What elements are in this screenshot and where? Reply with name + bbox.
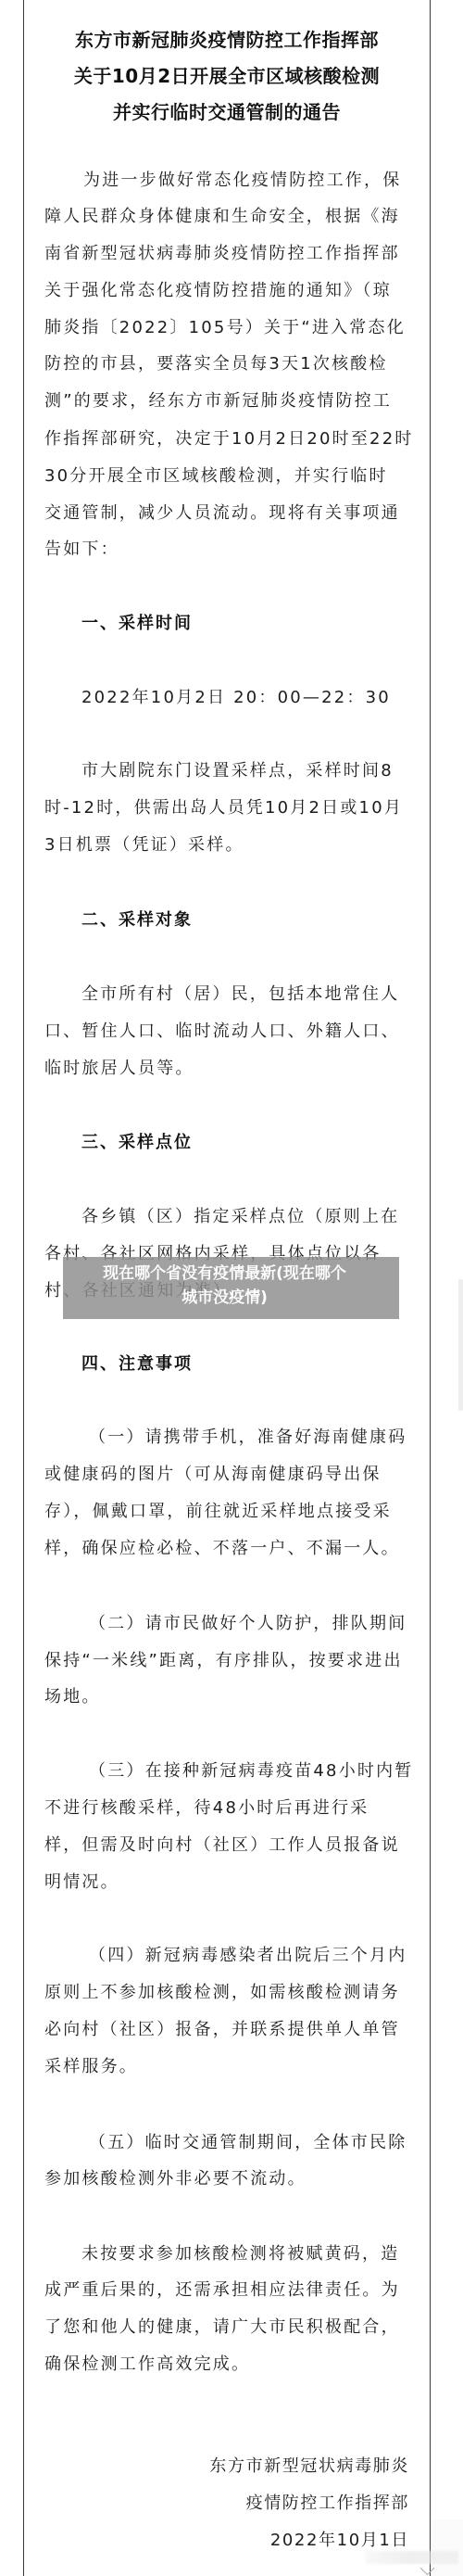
title-line: 关于10月2日开展全市区域核酸检测 — [24, 57, 430, 94]
closing-line: 成严重后果的，还需承担相应法律责任。为 — [44, 2272, 409, 2309]
section-line: 采样服务。 — [44, 2049, 409, 2086]
intro-line: 交通管制，减少人员流动。现将有关事项通 — [44, 495, 409, 532]
section-line: 临时旅居人员等。 — [44, 1050, 409, 1087]
intro-line: 告如下： — [44, 531, 409, 568]
section-heading-notes: 四、注意事项 — [81, 1346, 193, 1383]
right-gutter-bottom — [432, 2519, 463, 2576]
title-line: 东方市新冠肺炎疫情防控工作指挥部 — [24, 21, 430, 57]
section-line: 或健康码的图片（可从海南健康码导出保 — [44, 1456, 409, 1493]
section-line: 场地。 — [44, 1679, 409, 1716]
section-line: 参加核酸检测外非必要不流动。 — [44, 2161, 409, 2198]
note-item-3: （三）在接种新冠病毒疫苗48小时内暂 — [44, 1753, 409, 1790]
section-heading-sampling-time: 一、采样时间 — [81, 605, 193, 642]
intro-line: 肺炎指〔2022〕105号）关于“进入常态化 — [44, 310, 409, 347]
intro-line: 关于强化常态化疫情防控措施的通知》（琼 — [44, 273, 409, 310]
section-line: 各乡镇（区）指定采样点位（原则上在 — [44, 1199, 409, 1236]
section-heading-sampling-sites: 三、采样点位 — [81, 1124, 193, 1161]
section-line: 保持“一米线”距离，有序排队，按要求进出 — [44, 1643, 409, 1680]
title-line: 并实行临时交通管制的通告 — [24, 94, 430, 130]
closing-line: 未按要求参加核酸检测将被赋黄码，造 — [44, 2236, 409, 2273]
intro-line: 作指挥部研究，决定于10月2日20时至22时 — [44, 421, 409, 458]
sampling-time-value: 2022年10月2日 20：00—22：30 — [44, 679, 409, 717]
page-border-right — [430, 0, 431, 2576]
right-gutter-top — [432, 0, 463, 1279]
intro-line: 障人民群众身体健康和生命安全，根据《海 — [44, 198, 409, 235]
note-item-5: （五）临时交通管制期间，全体市民除 — [44, 2125, 409, 2162]
section-line: 存），佩戴口罩，前往就近采样地点接受采 — [44, 1493, 409, 1530]
note-item-2: （二）请市民做好个人防护，排队期间 — [44, 1605, 409, 1643]
caption-overlay[interactable]: 现在哪个省没有疫情最新(现在哪个 城市没疫情) — [63, 1257, 399, 1319]
section-line: 时-12时，供需出岛人员凭10月2日或10月 — [44, 790, 409, 827]
signature-date: 2022年10月1日 — [44, 2522, 409, 2559]
signature-org-line2: 疫情防控工作指挥部 — [44, 2485, 409, 2522]
section-line: 全市所有村（居）民，包括本地常住人 — [44, 976, 409, 1013]
signature-org-line1: 东方市新型冠状病毒肺炎 — [44, 2448, 409, 2485]
page-border-left — [23, 0, 24, 2576]
notice-title: 东方市新冠肺炎疫情防控工作指挥部 关于10月2日开展全市区域核酸检测 并实行临时… — [24, 21, 430, 130]
section-line: 样，确保应检必检、不落一户、不漏一人。 — [44, 1530, 409, 1567]
caption-line: 现在哪个省没有疫情最新(现在哪个 — [70, 1262, 379, 1286]
section-line: 3日机票（凭证）采样。 — [44, 827, 409, 864]
note-item-1: （一）请携带手机，准备好海南健康码 — [44, 1419, 409, 1456]
intro-line: 30分开展全市区域核酸检测，并实行临时 — [44, 458, 409, 495]
intro-line: 南省新型冠状病毒肺炎疫情防控工作指挥部 — [44, 235, 409, 273]
intro-line: 防控的市县，要落实全员每3天1次核酸检 — [44, 346, 409, 383]
closing-line: 了您和他人的健康，请广大市民积极配合， — [44, 2309, 409, 2346]
watermark — [366, 2551, 458, 2564]
intro-line: 为进一步做好常态化疫情防控工作，保 — [44, 162, 409, 199]
section-line: 明情况。 — [44, 1864, 409, 1901]
section-heading-sampling-targets: 二、采样对象 — [81, 902, 193, 939]
section-line: 原则上不参加核酸检测，如需核酸检测请务 — [44, 1974, 409, 2011]
section-line: 必向村（社区）报备，并联系提供单人单管 — [44, 2011, 409, 2049]
note-item-4: （四）新冠病毒感染者出院后三个月内 — [44, 1937, 409, 1974]
section-line: 不进行核酸采样，待48小时后再进行采 — [44, 1790, 409, 1827]
scrollbar-thumb[interactable] — [458, 1279, 463, 1411]
caption-line: 城市没疫情) — [70, 1286, 379, 1310]
section-line: 市大剧院东门设置采样点，采样时间8 — [44, 753, 409, 790]
intro-line: 测”的要求，经东方市新冠肺炎疫情防控工 — [44, 383, 409, 420]
section-line: 口、暂住人口、临时流动人口、外籍人口、 — [44, 1013, 409, 1050]
closing-line: 确保检测工作高效完成。 — [44, 2346, 409, 2383]
section-line: 样，但需及时向村（社区）工作人员报备说 — [44, 1827, 409, 1864]
